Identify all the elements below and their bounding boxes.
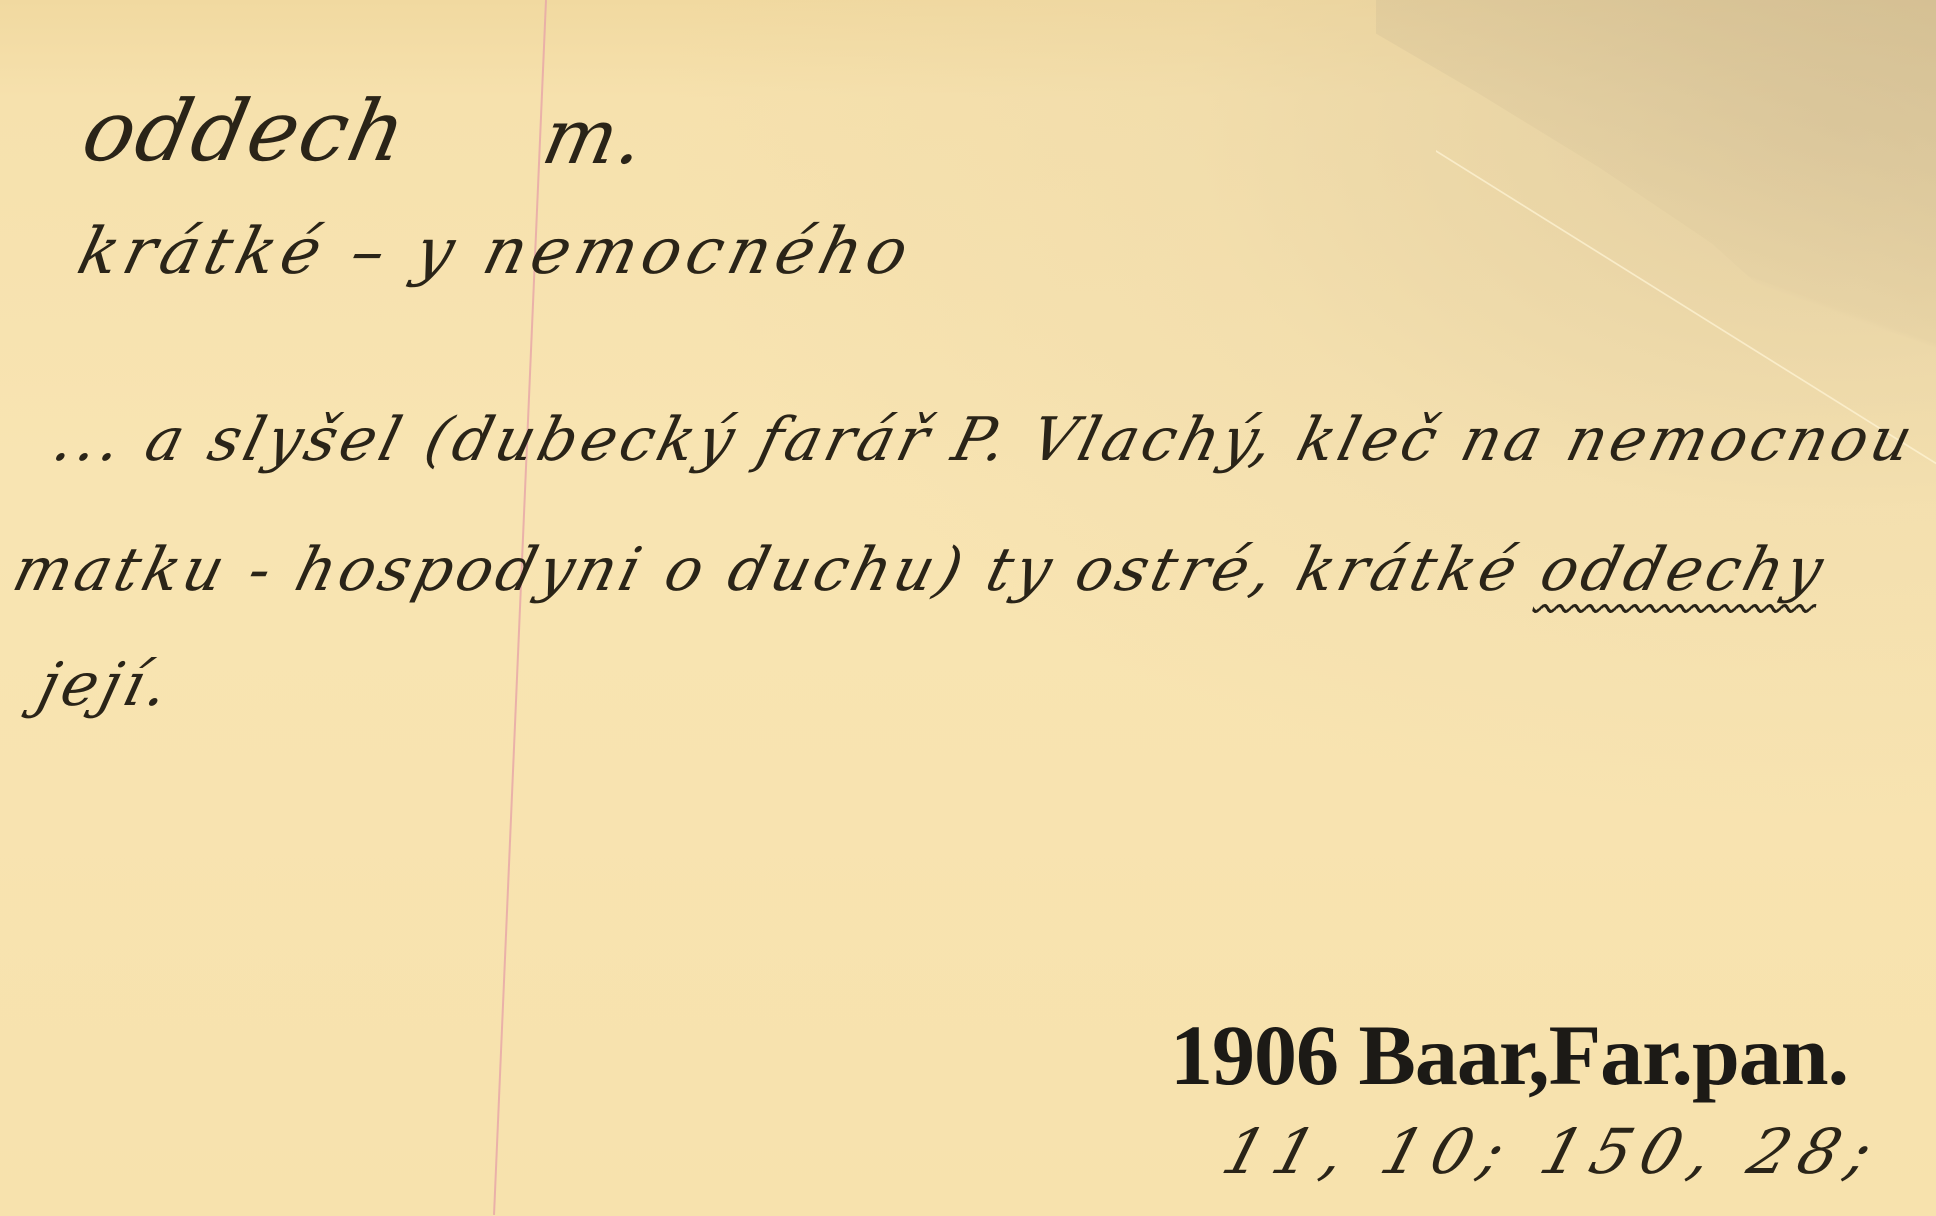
underlined-headword-occurrence: oddechy <box>1534 535 1834 605</box>
quote-line-2: matku - hospodyni o duchu) ty ostré, krá… <box>6 535 1833 605</box>
source-stamp: 1906 Baar,Far.pan. <box>1170 1005 1848 1105</box>
quote-line-2-text: matku - hospodyni o duchu) ty ostré, krá… <box>6 535 1833 605</box>
grammar-label: m. <box>536 92 655 181</box>
quote-line-3: její. <box>31 650 179 720</box>
quote-line-1: ... a slyšel (dubecký farář P. Vlachý, k… <box>46 405 1923 475</box>
headword: oddech <box>75 82 417 180</box>
lexicon-card: oddech m. krátké – y nemocného ... a sly… <box>0 0 1936 1216</box>
sense-definition: krátké – y nemocného <box>71 215 922 289</box>
margin-line <box>493 0 547 1215</box>
source-reference: 11, 10; 150, 28; <box>1215 1115 1891 1188</box>
